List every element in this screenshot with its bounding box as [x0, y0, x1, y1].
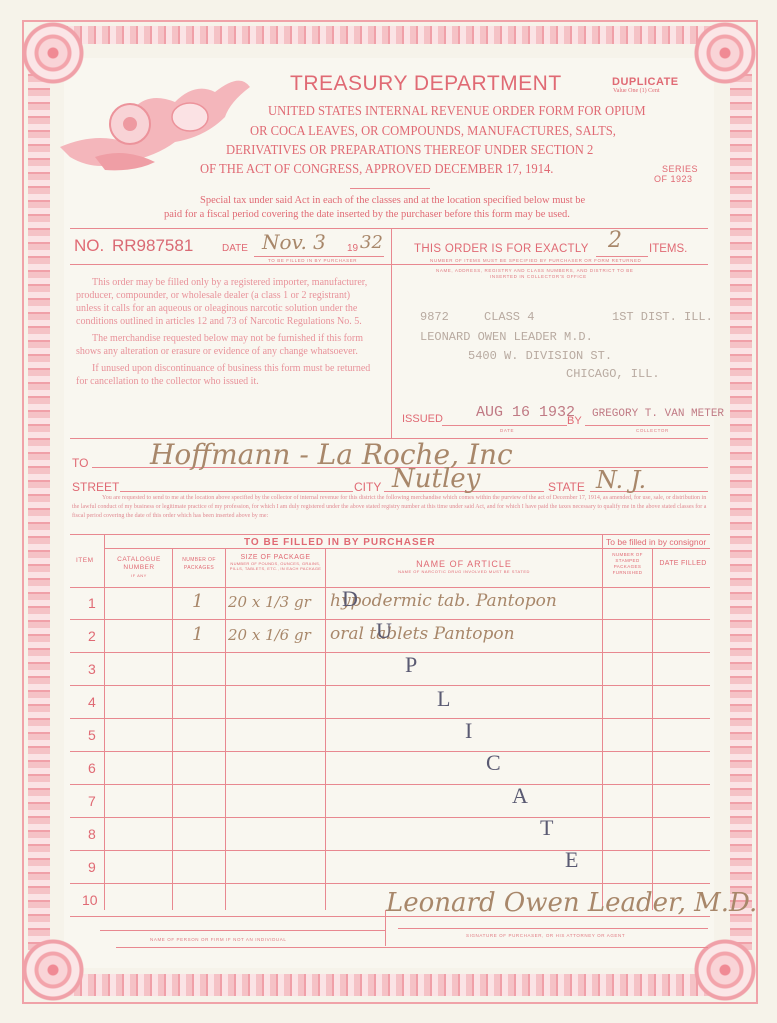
items-count-field[interactable]: 2	[608, 228, 622, 253]
street-label: STREET	[72, 480, 119, 494]
purchaser-section-header: TO BE FILLED IN BY PURCHASER	[244, 537, 436, 548]
row-item-number: 8	[88, 826, 96, 842]
registrant-city: CHICAGO, ILL.	[566, 367, 660, 381]
footer-divider	[385, 910, 386, 946]
row-article-field[interactable]	[328, 655, 600, 683]
row-packages-field[interactable]	[174, 820, 224, 848]
registrant-class: CLASS 4	[484, 310, 534, 324]
row-item-number: 6	[88, 760, 96, 776]
condition-paragraph-1: This order may be filled only by a regis…	[76, 276, 376, 328]
row-date-filled-field[interactable]	[654, 787, 710, 815]
order-number: RR987581	[112, 236, 193, 256]
rule	[70, 534, 710, 535]
items-label: ITEMS.	[649, 243, 687, 255]
by-label: BY	[567, 415, 582, 427]
watermark-letter: A	[512, 783, 528, 809]
row-date-filled-field[interactable]	[654, 820, 710, 848]
value-label: Value One (1) Cent	[613, 88, 660, 94]
duplicate-label: DUPLICATE	[612, 76, 679, 88]
order-number-label: NO.	[74, 236, 104, 256]
row-article-field[interactable]	[328, 787, 600, 815]
table-row: 6	[70, 752, 710, 785]
row-date-filled-field[interactable]	[654, 754, 710, 782]
issued-label: ISSUED	[402, 413, 443, 425]
row-size-field[interactable]: 20 x 1/3 gr	[228, 593, 311, 611]
registrant-caption-1: NAME, ADDRESS, REGISTRY AND CLASS NUMBER…	[436, 268, 633, 273]
row-size-field[interactable]	[226, 787, 324, 815]
column-header-stamped: NUMBER OF STAMPED PACKAGES FURNISHED	[605, 552, 650, 576]
column-header-size: SIZE OF PACKAGE NUMBER OF POUNDS, OUNCES…	[228, 555, 323, 571]
row-catalogue-field[interactable]	[106, 787, 172, 815]
column-divider	[391, 228, 392, 438]
department-title: TREASURY DEPARTMENT	[290, 72, 562, 96]
conditions-block: This order may be filled only by a regis…	[76, 276, 376, 388]
row-size-field[interactable]	[226, 754, 324, 782]
row-packages-field[interactable]	[174, 655, 224, 683]
row-stamped-field[interactable]	[604, 721, 652, 749]
row-catalogue-field[interactable]	[106, 820, 172, 848]
catalogue-header-sub: IF ANY	[108, 572, 170, 580]
row-item-number: 5	[88, 727, 96, 743]
article-header-text: NAME OF ARTICLE	[328, 559, 600, 569]
city-label: CITY	[354, 480, 381, 494]
date-underline	[254, 256, 384, 257]
table-row: 5	[70, 719, 710, 752]
row-item-number: 7	[88, 793, 96, 809]
form-title-line-2: OR COCA LEAVES, OR COMPOUNDS, MANUFACTUR…	[250, 124, 616, 140]
row-size-field[interactable]	[226, 853, 324, 881]
registrant-name: LEONARD OWEN LEADER M.D.	[420, 330, 593, 344]
row-catalogue-field[interactable]	[106, 886, 172, 914]
row-date-filled-field[interactable]	[654, 655, 710, 683]
top-border-band	[60, 26, 720, 44]
corner-ornament-bottom-left	[18, 935, 88, 1005]
row-packages-field[interactable]	[174, 688, 224, 716]
watermark-letter: E	[565, 847, 578, 873]
row-stamped-field[interactable]	[604, 820, 652, 848]
row-size-field[interactable]: 20 x 1/6 gr	[228, 626, 311, 644]
row-catalogue-field[interactable]	[106, 853, 172, 881]
row-packages-field[interactable]	[174, 787, 224, 815]
row-article-field[interactable]	[328, 754, 600, 782]
year-prefix: 19	[347, 243, 358, 254]
series-label: SERIES	[662, 164, 698, 174]
row-catalogue-field[interactable]	[106, 655, 172, 683]
row-size-field[interactable]	[226, 820, 324, 848]
row-item-number: 2	[88, 628, 96, 644]
row-article-field[interactable]	[328, 721, 600, 749]
tax-notice-line-2: paid for a fiscal period covering the da…	[164, 209, 570, 220]
row-stamped-field[interactable]	[604, 853, 652, 881]
request-statement: You are requested to send to me at the l…	[72, 494, 712, 521]
row-packages-field[interactable]: 1	[192, 591, 203, 612]
name-underline	[100, 930, 385, 931]
rule	[104, 548, 710, 549]
article-header-sub: NAME OF NARCOTIC DRUG INVOLVED MUST BE S…	[328, 569, 600, 574]
row-stamped-field[interactable]	[604, 589, 652, 617]
watermark-letter: C	[486, 750, 501, 776]
exactly-label: THIS ORDER IS FOR EXACTLY	[414, 243, 589, 255]
issued-underline	[442, 425, 567, 426]
watermark-letter: I	[465, 718, 472, 744]
firm-name-caption: NAME OF PERSON OR FIRM IF NOT AN INDIVID…	[150, 937, 286, 942]
row-size-field[interactable]	[226, 886, 324, 914]
watermark-letter: D	[342, 586, 358, 612]
signature-caption: SIGNATURE OF PURCHASER, OR HIS ATTORNEY …	[466, 933, 625, 938]
issued-date-caption: DATE	[500, 428, 514, 433]
row-catalogue-field[interactable]	[106, 721, 172, 749]
row-article-field[interactable]	[328, 853, 600, 881]
row-date-filled-field[interactable]	[654, 688, 710, 716]
table-row: 8	[70, 818, 710, 851]
divider	[350, 188, 430, 189]
street-field[interactable]	[122, 478, 352, 492]
row-size-field[interactable]	[226, 721, 324, 749]
bottom-border-band	[60, 974, 720, 996]
rule	[116, 947, 708, 948]
corner-ornament-top-right	[690, 18, 760, 88]
year-field[interactable]: 32	[360, 232, 383, 253]
row-catalogue-field[interactable]	[106, 622, 172, 650]
registrant-caption-2: INSERTED IN COLLECTOR'S OFFICE	[490, 274, 587, 279]
tax-notice-line-1: Special tax under said Act in each of th…	[200, 195, 585, 206]
corner-ornament-bottom-right	[690, 935, 760, 1005]
row-article-field[interactable]: oral tablets Pantopon	[330, 624, 515, 644]
row-date-filled-field[interactable]	[654, 589, 710, 617]
registry-number: 9872	[420, 310, 449, 324]
collector-stamp: GREGORY T. VAN METER	[592, 408, 724, 420]
firm-name-field[interactable]	[102, 916, 384, 930]
row-catalogue-field[interactable]	[106, 688, 172, 716]
watermark-letter: L	[437, 686, 450, 712]
size-header-sub: NUMBER OF POUNDS, OUNCES, GRAINS, PILLS,…	[228, 561, 323, 571]
row-article-field[interactable]	[328, 688, 600, 716]
consignor-section-header: To be filled in by consignor	[606, 537, 706, 547]
row-date-filled-field[interactable]	[654, 721, 710, 749]
condition-paragraph-3: If unused upon discontinuance of busines…	[76, 362, 376, 388]
form-title-line-3: DERIVATIVES OR PREPARATIONS THEREOF UNDE…	[226, 143, 593, 159]
form-title-line-1: UNITED STATES INTERNAL REVENUE ORDER FOR…	[268, 104, 646, 120]
column-header-packages: NUMBER OF PACKAGES	[175, 556, 223, 572]
right-border-band	[730, 70, 752, 950]
row-stamped-field[interactable]	[604, 688, 652, 716]
items-underline	[596, 256, 648, 257]
table-row: 1 1 20 x 1/3 gr hypodermic tab. Pantopon	[70, 587, 710, 620]
row-article-field[interactable]: hypodermic tab. Pantopon	[330, 591, 557, 611]
date-caption: TO BE FILLED IN BY PURCHASER	[268, 258, 357, 263]
row-packages-field[interactable]	[174, 886, 224, 914]
row-item-number: 4	[88, 694, 96, 710]
table-row: 7	[70, 785, 710, 818]
row-packages-field[interactable]	[174, 754, 224, 782]
to-label: TO	[72, 456, 88, 470]
column-header-date-filled: DATE FILLED	[654, 560, 712, 567]
rule	[70, 264, 708, 265]
row-packages-field[interactable]: 1	[192, 624, 203, 645]
row-item-number: 9	[88, 859, 96, 875]
collector-caption: COLLECTOR	[636, 428, 669, 433]
signature-underline	[398, 928, 708, 929]
table-row: 9	[70, 851, 710, 884]
row-item-number: 3	[88, 661, 96, 677]
table-row: 4	[70, 686, 710, 719]
row-stamped-field[interactable]	[604, 655, 652, 683]
row-size-field[interactable]	[226, 688, 324, 716]
row-stamped-field[interactable]	[604, 622, 652, 650]
collector-underline	[585, 425, 710, 426]
row-catalogue-field[interactable]	[106, 589, 172, 617]
form-title-line-4: OF THE ACT OF CONGRESS, APPROVED DECEMBE…	[200, 162, 553, 178]
signature-field[interactable]: Leonard Owen Leader, M.D.	[386, 888, 757, 918]
row-date-filled-field[interactable]	[654, 622, 710, 650]
table-row: 3	[70, 653, 710, 686]
column-header-catalogue: CATALOGUE NUMBER IF ANY	[108, 556, 170, 580]
row-item-number: 1	[88, 595, 96, 611]
row-date-filled-field[interactable]	[654, 853, 710, 881]
left-border-band	[28, 70, 50, 950]
city-field[interactable]: Nutley	[392, 464, 480, 494]
state-label: STATE	[548, 480, 585, 494]
series-year: OF 1923	[654, 174, 693, 184]
column-header-item: ITEM	[76, 557, 94, 564]
row-packages-field[interactable]	[174, 721, 224, 749]
row-size-field[interactable]	[226, 655, 324, 683]
row-packages-field[interactable]	[174, 853, 224, 881]
watermark-letter: U	[376, 618, 392, 644]
row-stamped-field[interactable]	[604, 787, 652, 815]
date-field[interactable]: Nov. 3	[262, 230, 326, 254]
row-article-field[interactable]	[328, 820, 600, 848]
date-label: DATE	[222, 243, 248, 254]
row-item-number: 10	[82, 892, 98, 908]
state-field[interactable]: N. J.	[596, 466, 646, 494]
exactly-caption: NUMBER OF ITEMS MUST BE SPECIFIED BY PUR…	[430, 258, 641, 263]
registrant-district: 1ST DIST. ILL.	[612, 310, 713, 324]
row-stamped-field[interactable]	[604, 754, 652, 782]
condition-paragraph-2: The merchandise requested below may not …	[76, 332, 376, 358]
issued-date-stamp: AUG 16 1932	[476, 404, 575, 421]
registrant-street: 5400 W. DIVISION ST.	[468, 349, 612, 363]
column-header-article: NAME OF ARTICLE NAME OF NARCOTIC DRUG IN…	[328, 559, 600, 574]
watermark-letter: P	[405, 652, 417, 678]
watermark-letter: T	[540, 815, 553, 841]
row-catalogue-field[interactable]	[106, 754, 172, 782]
catalogue-header-text: CATALOGUE NUMBER	[108, 556, 170, 572]
